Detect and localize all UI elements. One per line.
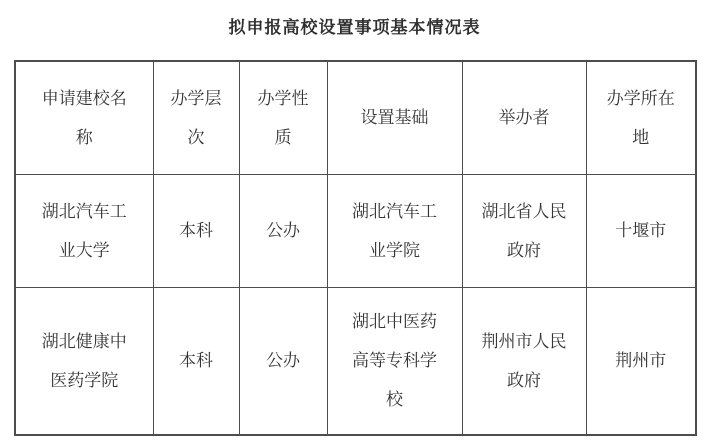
page-title: 拟申报高校设置事项基本情况表 xyxy=(0,16,709,40)
cell-location: 荆州市 xyxy=(586,287,696,435)
cell-school-name: 湖北健康中医药学院 xyxy=(15,287,153,435)
header-cell-school-nature: 办学性质 xyxy=(239,61,327,174)
cell-establishment-basis: 湖北汽车工业学院 xyxy=(327,174,462,287)
header-cell-education-level: 办学层次 xyxy=(153,61,239,174)
table-row: 湖北健康中医药学院 本科 公办 湖北中医药高等专科学校 荆州市人民政府 荆州市 xyxy=(15,287,696,435)
header-cell-location: 办学所在地 xyxy=(586,61,696,174)
university-setup-table: 申请建校名称 办学层次 办学性质 设置基础 举办者 办学所在地 湖北汽车工业大学… xyxy=(14,60,697,436)
cell-school-name: 湖北汽车工业大学 xyxy=(15,174,153,287)
header-cell-organizer: 举办者 xyxy=(462,61,586,174)
cell-organizer: 湖北省人民政府 xyxy=(462,174,586,287)
header-cell-school-name: 申请建校名称 xyxy=(15,61,153,174)
cell-education-level: 本科 xyxy=(153,287,239,435)
cell-organizer: 荆州市人民政府 xyxy=(462,287,586,435)
cell-school-nature: 公办 xyxy=(239,287,327,435)
table-row: 湖北汽车工业大学 本科 公办 湖北汽车工业学院 湖北省人民政府 十堰市 xyxy=(15,174,696,287)
cell-establishment-basis: 湖北中医药高等专科学校 xyxy=(327,287,462,435)
header-cell-establishment-basis: 设置基础 xyxy=(327,61,462,174)
cell-school-nature: 公办 xyxy=(239,174,327,287)
cell-education-level: 本科 xyxy=(153,174,239,287)
table-header-row: 申请建校名称 办学层次 办学性质 设置基础 举办者 办学所在地 xyxy=(15,61,696,174)
cell-location: 十堰市 xyxy=(586,174,696,287)
